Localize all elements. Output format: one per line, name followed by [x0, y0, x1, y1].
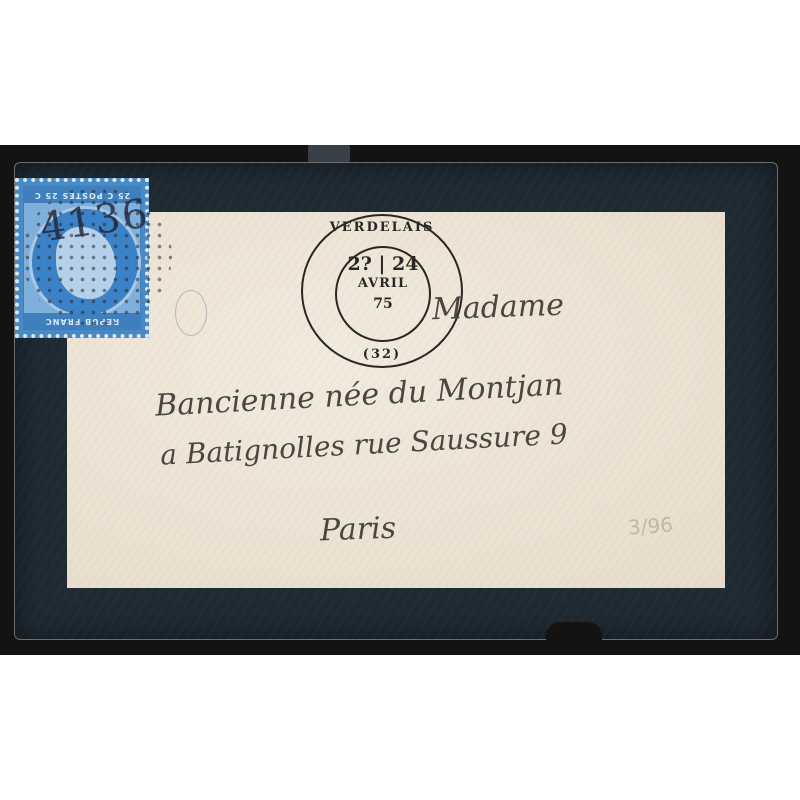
- pencil-mark: [175, 290, 207, 336]
- postmark-month: AVRIL: [337, 274, 429, 294]
- address-line-4: Paris: [319, 511, 396, 549]
- postmark-date: 2? | 24 AVRIL 75: [337, 254, 429, 314]
- postmark-department: (32): [303, 347, 461, 362]
- postmark-day-right: 24: [392, 253, 418, 275]
- postmark-inner-ring: 2? | 24 AVRIL 75: [335, 246, 431, 342]
- postmark-day-left: 2?: [348, 253, 372, 275]
- postmark-year: 75: [337, 294, 429, 314]
- address-line-1: Madame: [431, 288, 564, 328]
- pencil-note: 3/96: [627, 512, 673, 539]
- envelope-tear: [546, 622, 602, 642]
- postmark: VERDELAIS 2? | 24 AVRIL 75 (32): [301, 214, 463, 368]
- postmark-town: VERDELAIS: [303, 220, 461, 235]
